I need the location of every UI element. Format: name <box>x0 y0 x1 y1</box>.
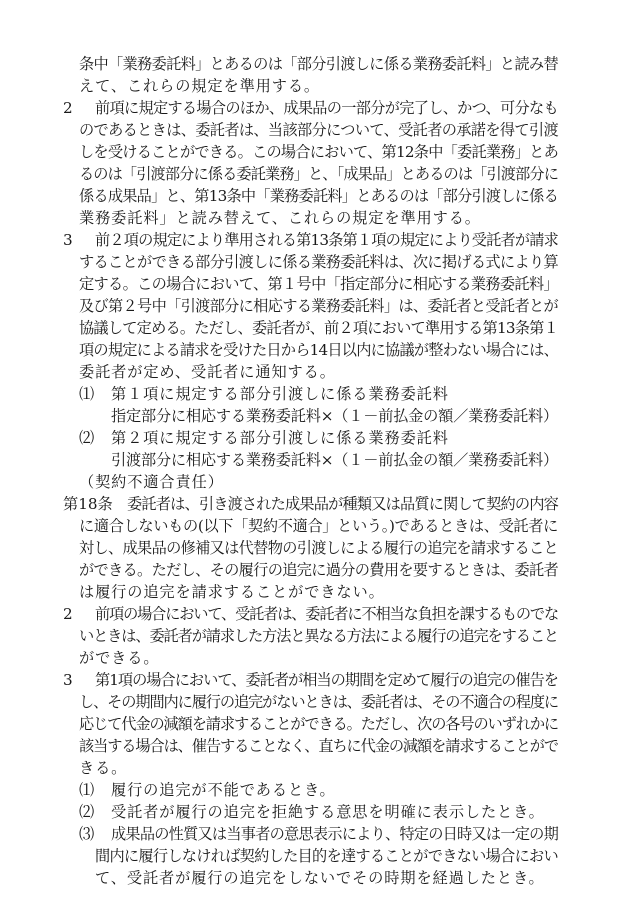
clause-number: ⑵ <box>79 428 94 448</box>
clause-number: 3 <box>63 670 73 690</box>
text-line: 引渡部分に相応する業務委託料×（１－前払金の額／業務委託料） <box>111 450 558 470</box>
text-line: いときは、委託者が請求した方法と異なる方法による履行の追完をすること <box>79 626 558 646</box>
text-line: 受託者が履行の追完を拒絶する意思を明確に表示したとき。 <box>111 802 545 822</box>
clause-number: 2 <box>63 98 73 118</box>
clause-number: ⑶ <box>79 824 94 844</box>
document-page: 条中「業務委託料」とあるのは「部分引渡しに係る業務委託料」と読み替えて、これらの… <box>0 0 630 903</box>
text-line: 第２項に規定する部分引渡しに係る業務委託料 <box>111 428 449 448</box>
text-line: えて、これらの規定を準用する。 <box>79 76 320 96</box>
clause-number: 第18条 <box>63 494 113 514</box>
text-line: に適合しないもの(以下「契約不適合」という。)であるときは、受託者に <box>79 516 558 536</box>
text-line: 成果品の性質又は当事者の意思表示により、特定の日時又は一定の期 <box>111 824 558 844</box>
text-line: ができる。 <box>79 648 159 668</box>
text-line: きる。 <box>79 758 127 778</box>
text-line: （契約不適合責任） <box>79 472 224 492</box>
text-line: て、受託者が履行の追完をしないでその時期を経過したとき。 <box>95 868 545 888</box>
text-line: るのは「引渡部分に係る委託業務」と、「成果品」とあるのは「引渡部分に <box>79 164 558 184</box>
text-line: は履行の追完を請求することができない。 <box>79 582 385 602</box>
clause-number: 3 <box>63 230 73 250</box>
text-line: 前項の場合において、受託者は、委託者に不相当な負担を課するものでな <box>95 604 558 624</box>
text-line: 対し、成果品の修補又は代替物の引渡しによる履行の追完を請求すること <box>79 538 558 558</box>
text-line: することができる部分引渡しに係る業務委託料は、次に掲げる式により算 <box>79 252 558 272</box>
text-line: 条中「業務委託料」とあるのは「部分引渡しに係る業務委託料」と読み替 <box>79 54 558 74</box>
text-line: 間内に履行しなければ契約した目的を達することができない場合におい <box>95 846 558 866</box>
text-line: 係る成果品」と、第13条中「業務委託料」とあるのは「部分引渡しに係る <box>79 186 558 206</box>
text-line: 履行の追完が不能であるとき。 <box>111 780 336 800</box>
clause-number: ⑴ <box>79 384 94 404</box>
text-line: 該当する場合は、催告することなく、直ちに代金の減額を請求することがで <box>79 736 558 756</box>
text-line: 第１項に規定する部分引渡しに係る業務委託料 <box>111 384 449 404</box>
text-line: しを受けることができる。この場合において、第12条中「委託業務」とあ <box>79 142 558 162</box>
text-line: 協議して定める。ただし、委託者が、前２項において準用する第13条第１ <box>79 318 558 338</box>
text-line: のであるときは、委託者は、当該部分について、受託者の承諾を得て引渡 <box>79 120 558 140</box>
text-line: し、その期間内に履行の追完がないときは、委託者は、その不適合の程度に <box>79 692 558 712</box>
text-line: 項の規定による請求を受けた日から14日以内に協議が整わない場合には、 <box>79 340 558 360</box>
text-line: ができる。ただし、その履行の追完に過分の費用を要するときは、委託者 <box>79 560 558 580</box>
text-line: 業務委託料」と読み替えて、これらの規定を準用する。 <box>79 208 481 228</box>
text-line: 委託者が定め、受託者に通知する。 <box>79 362 336 382</box>
clause-number: ⑵ <box>79 802 94 822</box>
text-line: 及び第２号中「引渡部分に相応する業務委託料」は、委託者と受託者とが <box>79 296 558 316</box>
text-line: 委託者は、引き渡された成果品が種類又は品質に関して契約の内容 <box>127 494 558 514</box>
text-line: 前２項の規定により準用される第13条第１項の規定により受託者が請求 <box>95 230 558 250</box>
text-line: 定する。この場合において、第１号中「指定部分に相応する業務委託料」 <box>79 274 558 294</box>
clause-number: 2 <box>63 604 73 624</box>
text-line: 応じて代金の減額を請求することができる。ただし、次の各号のいずれかに <box>79 714 558 734</box>
text-line: 前項に規定する場合のほか、成果品の一部分が完了し、かつ、可分なも <box>95 98 558 118</box>
text-line: 指定部分に相応する業務委託料×（１－前払金の額／業務委託料） <box>111 406 558 426</box>
text-line: 第1項の場合において、委託者が相当の期間を定めて履行の追完の催告を <box>95 670 558 690</box>
clause-number: ⑴ <box>79 780 94 800</box>
